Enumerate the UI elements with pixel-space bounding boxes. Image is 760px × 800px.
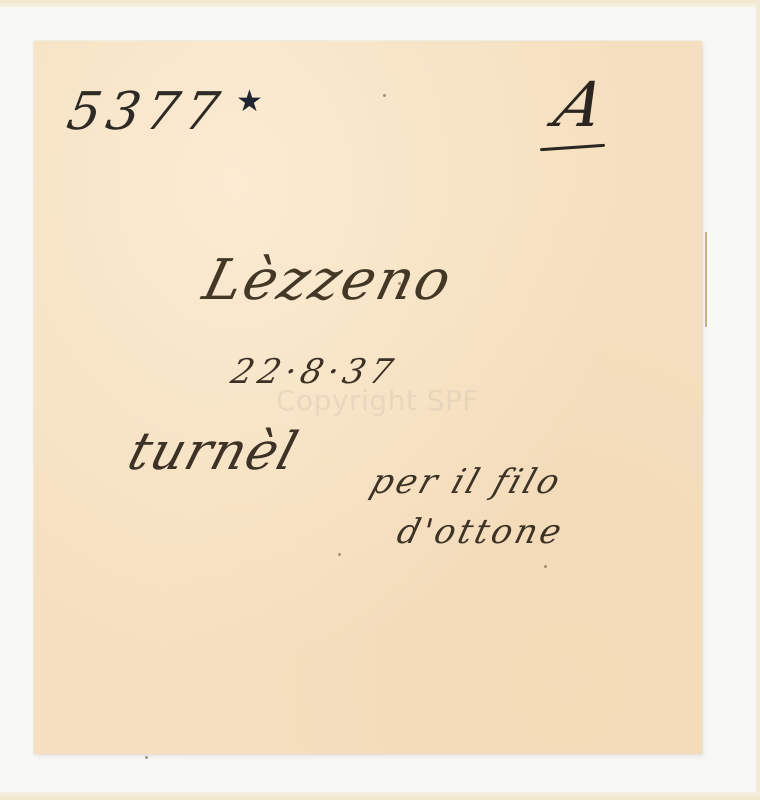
note-line-2: d'ottone bbox=[393, 512, 568, 552]
mount-bottom-edge bbox=[0, 792, 760, 800]
place-name: Lèzzeno bbox=[197, 248, 459, 313]
star-mark-icon: ★ bbox=[236, 84, 263, 119]
subject-name: turnèl bbox=[121, 422, 304, 482]
paper-speck bbox=[383, 94, 386, 97]
card-edge-crease bbox=[705, 232, 707, 327]
mount-right-edge bbox=[756, 0, 760, 800]
mount-top-edge bbox=[0, 0, 760, 7]
paper-speck bbox=[338, 553, 341, 556]
copyright-watermark: Copyright SPF bbox=[276, 384, 479, 417]
scanned-page: 5377 ★ A Lèzzeno 22·8·37 Copyright SPF t… bbox=[0, 0, 760, 800]
catalog-number: 5377 bbox=[63, 82, 230, 142]
note-line-1: per il filo bbox=[366, 462, 568, 502]
paper-speck bbox=[544, 565, 547, 568]
paper-speck bbox=[398, 282, 401, 285]
paper-speck bbox=[145, 756, 148, 759]
